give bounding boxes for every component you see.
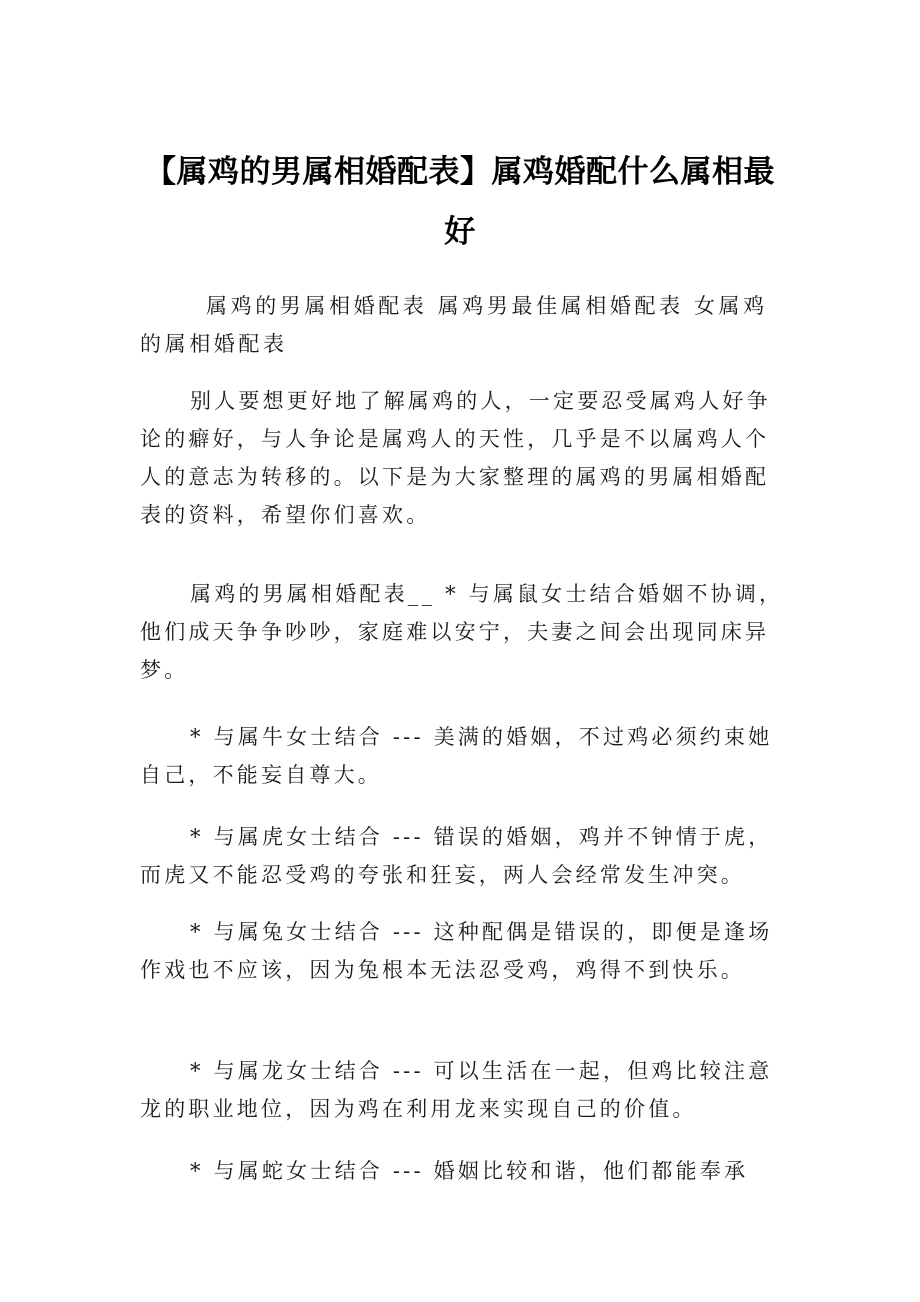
tiger-match-paragraph: * 与属虎女士结合 --- 错误的婚姻，鸡并不钟情于虎，而虎又不能忍受鸡的夸张和… [140, 818, 785, 894]
rat-match-paragraph: 属鸡的男属相婚配表__ * 与属鼠女士结合婚姻不协调，他们成天争争吵吵，家庭难以… [140, 575, 785, 689]
snake-match-paragraph: * 与属蛇女士结合 --- 婚姻比较和谐，他们都能奉承 [140, 1152, 785, 1190]
keywords-paragraph: 属鸡的男属相婚配表 属鸡男最佳属相婚配表 女属鸡的属相婚配表 [140, 287, 785, 363]
document-title: 【属鸡的男属相婚配表】属鸡婚配什么属相最好 [130, 142, 790, 262]
dragon-match-paragraph: * 与属龙女士结合 --- 可以生活在一起，但鸡比较注意龙的职业地位，因为鸡在利… [140, 1052, 785, 1128]
rabbit-match-paragraph: * 与属兔女士结合 --- 这种配偶是错误的，即便是逢场作戏也不应该，因为兔根本… [140, 913, 785, 989]
intro-paragraph: 别人要想更好地了解属鸡的人，一定要忍受属鸡人好争论的癖好，与人争论是属鸡人的天性… [140, 382, 785, 534]
document-page: 【属鸡的男属相婚配表】属鸡婚配什么属相最好 属鸡的男属相婚配表 属鸡男最佳属相婚… [0, 0, 920, 1302]
ox-match-paragraph: * 与属牛女士结合 --- 美满的婚姻，不过鸡必须约束她自己，不能妄自尊大。 [140, 718, 785, 794]
